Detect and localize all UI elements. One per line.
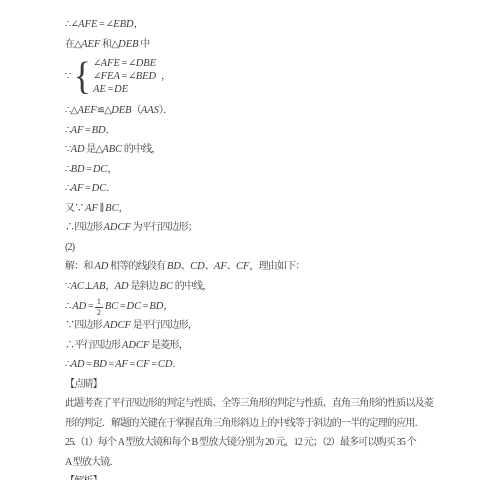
line-af-eq-dc: ∴AF = DC． [65, 182, 428, 195]
line-af-eq-bd: ∴AF = BD． [65, 124, 428, 137]
line-jiexi-header: 【解析】 [65, 475, 428, 480]
fraction-after: BC = DC = BD， [105, 299, 173, 315]
line-angle-afe-ebd: ∴∠AFE = ∠EBD， [65, 18, 428, 31]
fraction-numerator: 1 [95, 298, 103, 308]
line-all-equal: ∴AD = BD = AF = CF = CD． [65, 358, 428, 371]
equation-row: ∠FEA = ∠BED [93, 70, 156, 83]
line-adcf-is-parallelogram: ∴四边形 ADCF 为平行四边形； [65, 221, 428, 234]
line-ad-half-bc: ∴ AD = 12 BC = DC = BD， [65, 299, 428, 315]
line-dianjing-header: 【点睛】 [65, 378, 428, 391]
line-q25-answer-part2: A 型放大镜． [65, 456, 428, 469]
line-ad-median: ∵AD 是△ABC 的中线， [65, 143, 428, 156]
line-in-triangles: 在△AEF 和△DEB 中 [65, 38, 428, 51]
line-adcf-parallelogram: ∵四边形 ADCF 是平行四边形， [65, 319, 428, 332]
line-equation-system: ∵{∠AFE = ∠DBE∠FEA = ∠BEDAE = DE， [65, 57, 428, 96]
line-q25-answer-part1: 25.（1）每个 A 型放大镜和每个 B 型放大镜分别为 20 元，12 元；（… [65, 436, 428, 449]
line-ac-perp-ab: ∵AC⊥AB，AD 是斜边 BC 的中线， [65, 280, 428, 293]
because-symbol: ∵ [65, 70, 71, 83]
line-af-parallel-bc: 又∵ AF ∥ BC， [65, 202, 428, 215]
fraction-before: ∴ AD = [65, 299, 93, 315]
equation-row: ∠AFE = ∠DBE [93, 57, 156, 70]
equation-column: ∠AFE = ∠DBE∠FEA = ∠BEDAE = DE [93, 57, 156, 96]
left-brace-symbol: { [74, 55, 90, 97]
line-solution-segments: 解：和 AD 相等的线段有 BD、CD、AF、CF，理由如下： [65, 260, 428, 273]
system-suffix: ， [161, 70, 170, 83]
line-part-2: (2) [65, 241, 428, 254]
fraction-one-half: 12 [95, 298, 103, 317]
line-note-part1: 此题考查了平行四边形的判定与性质、全等三角形的判定与性质、直角三角形的性质以及菱 [65, 397, 428, 410]
line-note-part2: 形的判定．解题的关键在于掌握直角三角形斜边上的中线等于斜边的一半的定理的应用． [65, 417, 428, 430]
fraction-denominator: 2 [97, 308, 101, 317]
line-adcf-rhombus: ∴平行四边形 ADCF 是菱形， [65, 339, 428, 352]
document-content: ∴∠AFE = ∠EBD，在△AEF 和△DEB 中∵{∠AFE = ∠DBE∠… [0, 0, 480, 480]
document-page: ∴∠AFE = ∠EBD，在△AEF 和△DEB 中∵{∠AFE = ∠DBE∠… [0, 0, 480, 480]
equation-row: AE = DE [93, 83, 156, 96]
line-congruent-aas: ∴△AEF≌△DEB（AAS）． [65, 104, 428, 117]
line-bd-eq-dc: ∴BD = DC， [65, 163, 428, 176]
